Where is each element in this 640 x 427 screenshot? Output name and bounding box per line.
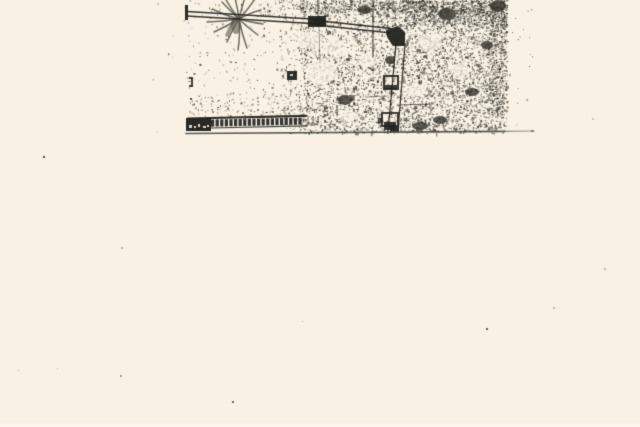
scanned-paper-page: [0, 0, 640, 427]
site-plan-scan-canvas: [0, 0, 640, 427]
